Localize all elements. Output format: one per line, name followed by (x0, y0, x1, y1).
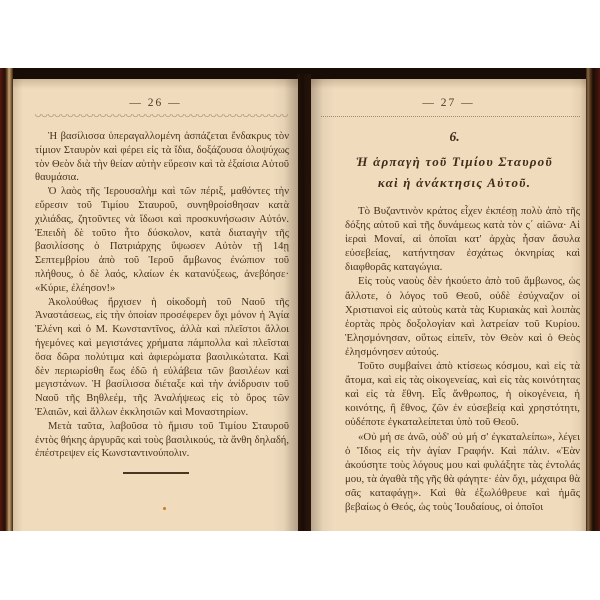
page-right-body: Τὸ Βυζαντινὸν κράτος εἶχεν ἐκπέσῃ πολὺ ἀ… (345, 204, 580, 514)
paragraph: Τὸ Βυζαντινὸν κράτος εἶχεν ἐκπέσῃ πολὺ ἀ… (345, 204, 580, 274)
section-title: Ἡ ἁρπαγὴ τοῦ Τιμίου Σταυροῦ καὶ ἡ ἀνάκτη… (323, 151, 586, 193)
header-wavy-rule-left (35, 114, 288, 118)
section-title-line2: καὶ ἡ ἀνάκτησις Αὐτοῦ. (323, 172, 586, 193)
page-number-left: — 26 — (13, 79, 298, 110)
book-page-right: — 27 — 6. Ἡ ἁρπαγὴ τοῦ Τιμίου Σταυροῦ κα… (311, 79, 586, 531)
page-number-right: — 27 — (311, 79, 586, 110)
book-gutter (297, 74, 311, 531)
paragraph: Ὁ λαὸς τῆς Ἱερουσαλὴμ καὶ τῶν πέριξ, μαθ… (35, 185, 289, 295)
paragraph: Ἀκολούθως ἤρχισεν ἡ οἰκοδομὴ τοῦ Ναοῦ τῆ… (35, 296, 289, 420)
paragraph: Μετὰ ταῦτα, λαβοῦσα τὸ ἥμισυ τοῦ Τιμίου … (35, 420, 289, 461)
paper-speck (163, 507, 166, 510)
paragraph: Τοῦτο συμβαίνει ἀπὸ κτίσεως κόσμου, καὶ … (345, 359, 580, 429)
section-end-rule (123, 472, 189, 474)
section-title-line1: Ἡ ἁρπαγὴ τοῦ Τιμίου Σταυροῦ (323, 151, 586, 172)
page-left-body: Ἡ βασίλισσα ὑπεραγαλλομένη ἀσπάζεται ἔνδ… (35, 130, 289, 461)
paragraph: Εἰς τοὺς ναοὺς δὲν ἠκούετο ἀπὸ τοῦ ἄμβων… (345, 274, 580, 359)
book-photo: — 26 — Ἡ βασίλισσα ὑπεραγαλλομένη ἀσπάζε… (0, 68, 600, 531)
paragraph: Ἡ βασίλισσα ὑπεραγαλλομένη ἀσπάζεται ἔνδ… (35, 130, 289, 185)
section-number: 6. (323, 129, 586, 145)
header-dotted-rule-right (321, 116, 580, 117)
paragraph: «Οὐ μή σε ἀνῶ, οὐδ' οὐ μή σ' ἐγκαταλείπω… (345, 430, 580, 515)
book-cover-left-edge (0, 68, 13, 531)
book-cover-right-edge (586, 68, 600, 531)
book-page-left: — 26 — Ἡ βασίλισσα ὑπεραγαλλομένη ἀσπάζε… (13, 79, 298, 531)
